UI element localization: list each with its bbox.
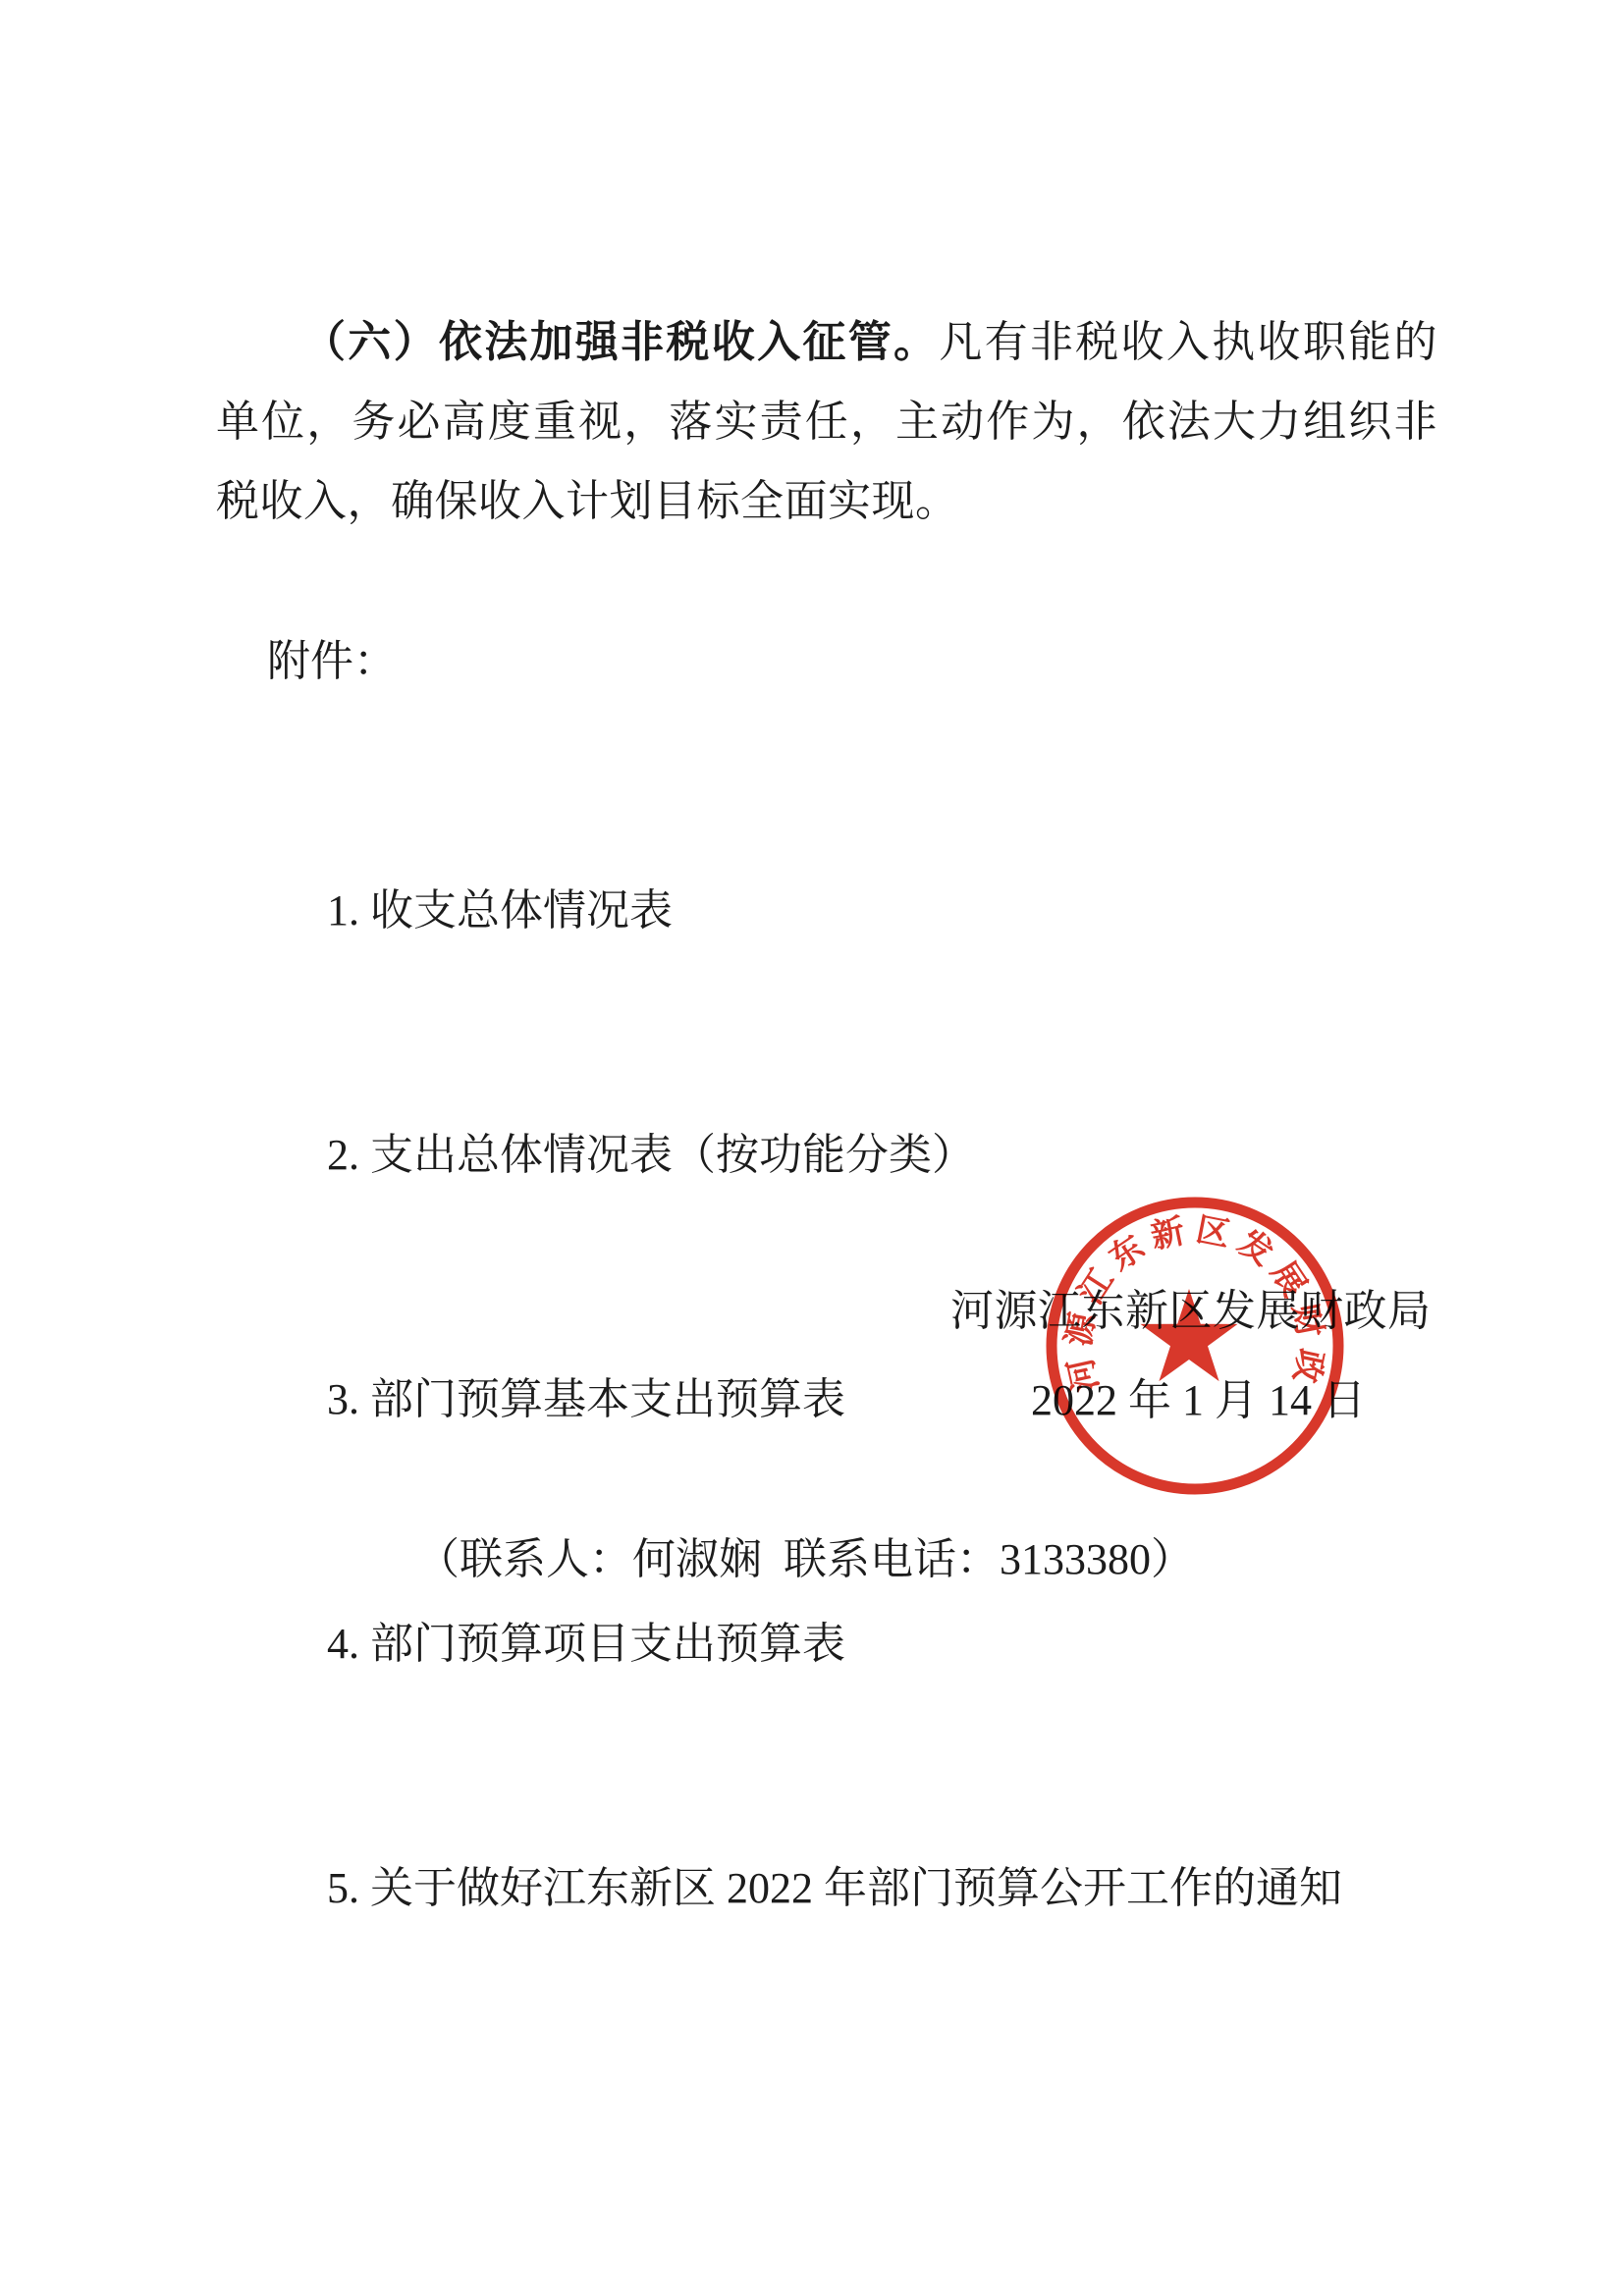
attachment-item: 1. 收支总体情况表 (327, 870, 1342, 951)
seal-ring-text: 河源江东新区发展财政局 (1039, 1190, 1330, 1395)
paragraph-lead: （六）依法加强非税收入征管。 (302, 318, 939, 366)
attachment-item: 4. 部门预算项目支出预算表 (327, 1603, 1342, 1684)
attachment-item: 2. 支出总体情况表（按功能分类） (327, 1114, 1342, 1196)
attachment-item: 5. 关于做好江东新区 2022 年部门预算公开工作的通知 (327, 1847, 1342, 1929)
seal-star-icon (1141, 1289, 1238, 1381)
official-seal: 河源江东新区发展财政局 (1039, 1190, 1351, 1502)
body-paragraph: （六）依法加强非税收入征管。凡有非税收入执收职能的单位，务必高度重视，落实责任，… (216, 302, 1437, 541)
attachments-label: 附件： (267, 638, 397, 685)
document-page: （六）依法加强非税收入征管。凡有非税收入执收职能的单位，务必高度重视，落实责任，… (0, 0, 1624, 2296)
contact-line: （联系人：何淑娴 联系电话：3133380） (416, 1538, 1194, 1581)
